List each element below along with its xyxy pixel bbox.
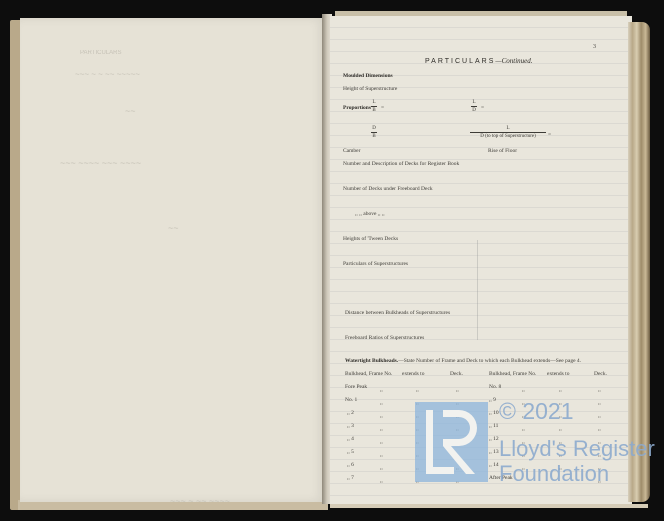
equals: = — [481, 105, 484, 111]
table-row-label: ,, 12 — [489, 436, 499, 442]
table-row-label: ,, 3 — [347, 423, 354, 429]
watermark-org-line2: Foundation — [499, 461, 609, 487]
label-proportions: Proportions — [343, 105, 371, 111]
fraction-l-d: LD — [471, 100, 477, 113]
label-height-superstructure: Height of Superstructure — [343, 86, 397, 92]
table-row-label: ,, 6 — [347, 462, 354, 468]
showthrough-handwriting: ~~ — [125, 106, 136, 116]
watermark-org-line1: Lloyd's Register — [499, 436, 655, 462]
equals: = — [548, 132, 551, 138]
table-header-extends-left: extends to — [402, 371, 424, 377]
table-row-label: ,, 11 — [489, 423, 498, 429]
table-header-extends-right: extends to — [547, 371, 569, 377]
showthrough-handwriting: ~~~ ~~~~ ~~~ ~~~~ — [60, 158, 141, 168]
open-ledger-book: PARTICULARS ~~~ ~ ~ ~~ ~~~~~ ~~ ~~~ ~~~~… — [0, 0, 664, 521]
label-heights-tween-decks: Heights of 'Tween Decks — [343, 236, 398, 242]
watertight-bulkheads-heading: Watertight Bulkheads.—State Number of Fr… — [345, 358, 581, 364]
equals: = — [381, 105, 384, 111]
showthrough-handwriting: ~~~ ~ ~ ~~ ~~~~~ — [75, 70, 140, 79]
showthrough-heading: PARTICULARS — [80, 50, 121, 56]
lr-logo-icon — [415, 402, 488, 482]
table-row-label: No. 8 — [489, 384, 501, 390]
fraction-l-d-superstructure: LD (to top of Superstructure) — [470, 126, 546, 139]
label-moulded-dimensions: Moulded Dimensions — [343, 73, 393, 79]
table-header-deck-left: Deck. — [450, 371, 463, 377]
fraction-l-b: LB — [371, 100, 377, 113]
showthrough-handwriting: ~~ — [168, 223, 179, 233]
label-particulars-superstructures: Particulars of Superstructures — [343, 261, 408, 267]
ditto-column: ,,,,,,,,,,,,,,,, — [380, 384, 383, 488]
table-row-label: ,, 14 — [489, 462, 499, 468]
table-row-label: ,, 10 — [489, 410, 499, 416]
page-stack-edge — [628, 22, 650, 502]
table-row-label: ,, 2 — [347, 410, 354, 416]
showthrough-handwriting: ~~~ ~ ~~ ~~~~ — [170, 496, 230, 506]
page-title: PARTICULARS—Continued. — [425, 57, 533, 65]
table-row-label: ,, 9 — [489, 397, 496, 403]
table-row-label: Fore Peak — [345, 384, 367, 390]
table-header-deck-right: Deck. — [594, 371, 607, 377]
table-row-label: ,, 5 — [347, 449, 354, 455]
fraction-d-b: DB — [371, 126, 377, 139]
label-decks-register: Number and Description of Decks for Regi… — [343, 161, 459, 167]
table-row-label: ,, 13 — [489, 449, 499, 455]
watermark-copyright: © 2021 — [499, 398, 574, 425]
table-header-bulkhead-left: Bulkhead, Frame No. — [345, 371, 392, 377]
label-decks-above: ,, ,, above ,, ,, — [355, 211, 385, 217]
label-rise-of-floor: Rise of Floor — [488, 148, 517, 154]
left-page: PARTICULARS ~~~ ~ ~ ~~ ~~~~~ ~~ ~~~ ~~~~… — [20, 18, 326, 502]
table-row-label: ,, 7 — [347, 475, 354, 481]
page-bottom-edge — [330, 504, 648, 508]
label-decks-under-freeboard: Number of Decks under Freeboard Deck — [343, 186, 433, 192]
label-freeboard-ratios: Freeboard Ratios of Superstructures — [345, 335, 424, 341]
label-distance-bulkheads: Distance between Bulkheads of Superstruc… — [345, 310, 450, 316]
page-number: 3 — [593, 44, 596, 50]
table-row-label: ,, 4 — [347, 436, 354, 442]
table-row-label: No. 1 — [345, 397, 357, 403]
faint-column-rule — [477, 240, 478, 340]
table-header-bulkhead-right: Bulkhead, Frame No. — [489, 371, 536, 377]
lr-monogram-icon — [415, 402, 488, 482]
label-camber: Camber — [343, 148, 360, 154]
